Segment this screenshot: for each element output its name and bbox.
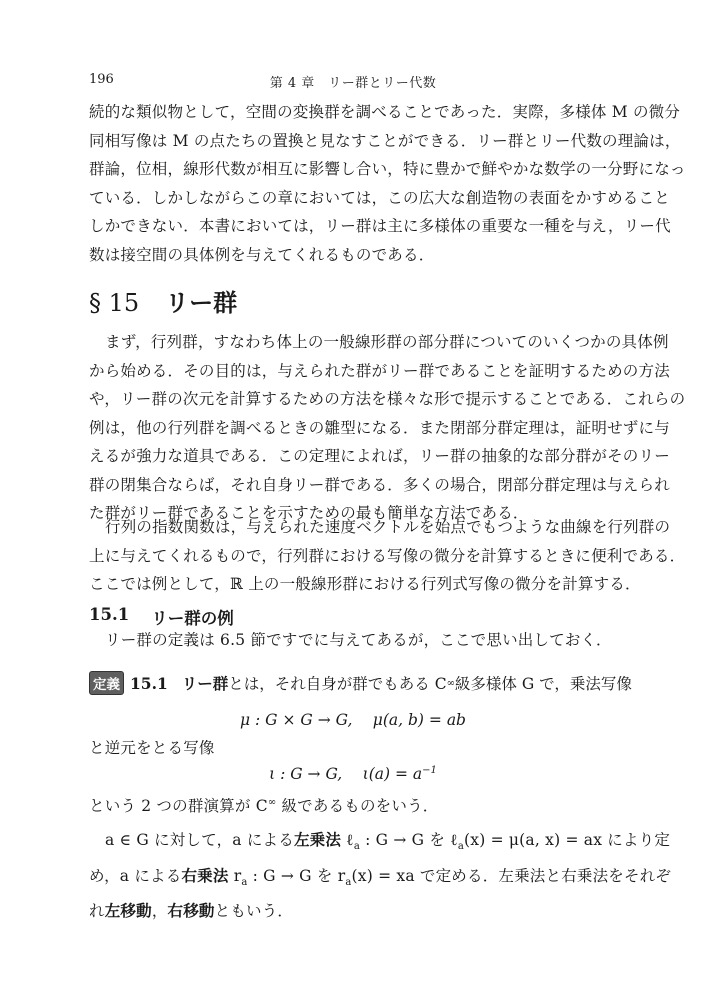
text-line: 群論，位相，線形代数が相互に影響し合い，特に豊かで鮮やかな数学の一分野になっ: [89, 155, 619, 184]
definition-text: とは，それ自身が群でもある C: [228, 672, 446, 694]
text-line: め，a による右乗法 ra : G → G を ra(x) = xa で定める．…: [89, 862, 619, 898]
text-line: 群の閉集合ならば，それ自身リー群である．多くの場合，閉部分群定理は与えられ: [89, 471, 619, 500]
text-line: れ左移動，右移動ともいう．: [89, 897, 619, 926]
text-span: ，: [152, 902, 168, 920]
text-line: 同相写像は M の点たちの置換と見なすことができる．リー群とリー代数の理論は，: [89, 127, 619, 156]
superscript: ∞: [447, 678, 455, 689]
text-line: 続的な類似物として，空間の変換群を調べることであった．実際，多様体 M の微分: [89, 98, 619, 127]
superscript: −1: [422, 765, 437, 776]
equation-multiplication: μ : G × G → G, μ(a, b) = ab: [0, 708, 706, 730]
definition-number: 15.1: [130, 674, 168, 693]
text-span: : G → G を ℓ: [360, 831, 458, 849]
section-title: リー群: [165, 283, 237, 318]
text-span: め，a による: [89, 867, 181, 885]
text-span: れ: [89, 902, 105, 920]
definition-badge: 定義: [89, 671, 124, 695]
definition-text-tail: 級多様体 G で，乗法写像: [455, 672, 632, 694]
term-right-translation: 右移動: [168, 902, 215, 920]
text-line: と逆元をとる写像: [89, 734, 619, 763]
text-span: ともいう．: [215, 902, 294, 920]
text-line: や，リー群の次元を計算するための方法を様々な形で提示することである．これらの: [89, 385, 619, 414]
definition-between: と逆元をとる写像: [89, 734, 619, 763]
equation-inverse-main: ι : G → G, ι(a) = a: [269, 765, 422, 783]
term-right-multiplication: 右乗法: [181, 867, 228, 885]
text-line: a ∈ G に対して，a による左乗法 ℓa : G → G を ℓa(x) =…: [89, 826, 619, 862]
text-line: リー群の定義は 6.5 節ですでに与えてあるが，ここで思い出しておく．: [89, 626, 619, 655]
definition-term: リー群: [182, 672, 229, 694]
intro-paragraph: 続的な類似物として，空間の変換群を調べることであった．実際，多様体 M の微分 …: [89, 98, 619, 269]
text-span: : G → G を r: [247, 867, 345, 885]
subsection-intro: リー群の定義は 6.5 節ですでに与えてあるが，ここで思い出しておく．: [89, 626, 619, 655]
closing-post: 級であるものをいう．: [276, 797, 438, 815]
text-line: 行列の指数関数は，与えられた速度ベクトルを始点でもつような曲線を行列群の: [89, 513, 619, 542]
text-span: a ∈ G に対して，a による: [105, 831, 294, 849]
text-span: (x) = μ(a, x) = ax により定: [464, 831, 670, 849]
term-left-translation: 左移動: [105, 902, 152, 920]
text-line: から始める．その目的は，与えられた群がリー群であることを証明するための方法: [89, 357, 619, 386]
text-span: (x) = xa で定める．左乗法と右乗法をそれぞ: [352, 867, 672, 885]
text-line: 上に与えてくれるもので，行列群における写像の微分を計算するときに便利である．: [89, 542, 619, 571]
closing-pre: という 2 つの群演算が C: [89, 797, 268, 815]
text-span: ℓ: [341, 831, 354, 849]
section-number: § 15: [89, 289, 139, 317]
equation-inverse: ι : G → G, ι(a) = a−1: [0, 762, 706, 784]
text-line: えるが強力な道具である．この定理によれば，リー群の抽象的な部分群がそのリー: [89, 442, 619, 471]
text-line: まず，行列群，すなわち体上の一般線形群の部分群についてのいくつかの具体例: [89, 328, 619, 357]
definition-closing: という 2 つの群演算が C∞ 級であるものをいう．: [89, 789, 619, 821]
translation-paragraph: a ∈ G に対して，a による左乗法 ℓa : G → G を ℓa(x) =…: [89, 826, 619, 926]
definition-header: 定義 15.1 リー群 とは，それ自身が群でもある C∞ 級多様体 G で，乗法…: [89, 671, 632, 695]
book-page: 196 第 4 章 リー群とリー代数 続的な類似物として，空間の変換群を調べるこ…: [0, 0, 706, 1000]
section-paragraph-2: 行列の指数関数は，与えられた速度ベクトルを始点でもつような曲線を行列群の 上に与…: [89, 513, 619, 599]
running-title: 第 4 章 リー群とリー代数: [0, 72, 706, 91]
text-line: しかできない．本書においては，リー群は主に多様体の重要な一種を与え，リー代: [89, 212, 619, 241]
text-line: 数は接空間の具体例を与えてくれるものである．: [89, 241, 619, 270]
text-span: r: [229, 867, 242, 885]
text-line: ここでは例として，ℝ 上の一般線形群における行列式写像の微分を計算する．: [89, 570, 619, 599]
text-line: という 2 つの群演算が C∞ 級であるものをいう．: [89, 789, 619, 821]
section-heading: § 15 リー群: [89, 283, 237, 318]
text-line: ている．しかしながらこの章においては，この広大な創造物の表面をかすめること: [89, 184, 619, 213]
section-paragraph-1: まず，行列群，すなわち体上の一般線形群の部分群についてのいくつかの具体例 から始…: [89, 328, 619, 528]
text-line: 例は，他の行列群を調べるときの雛型になる．また閉部分群定理は，証明せずに与: [89, 414, 619, 443]
term-left-multiplication: 左乗法: [294, 831, 341, 849]
